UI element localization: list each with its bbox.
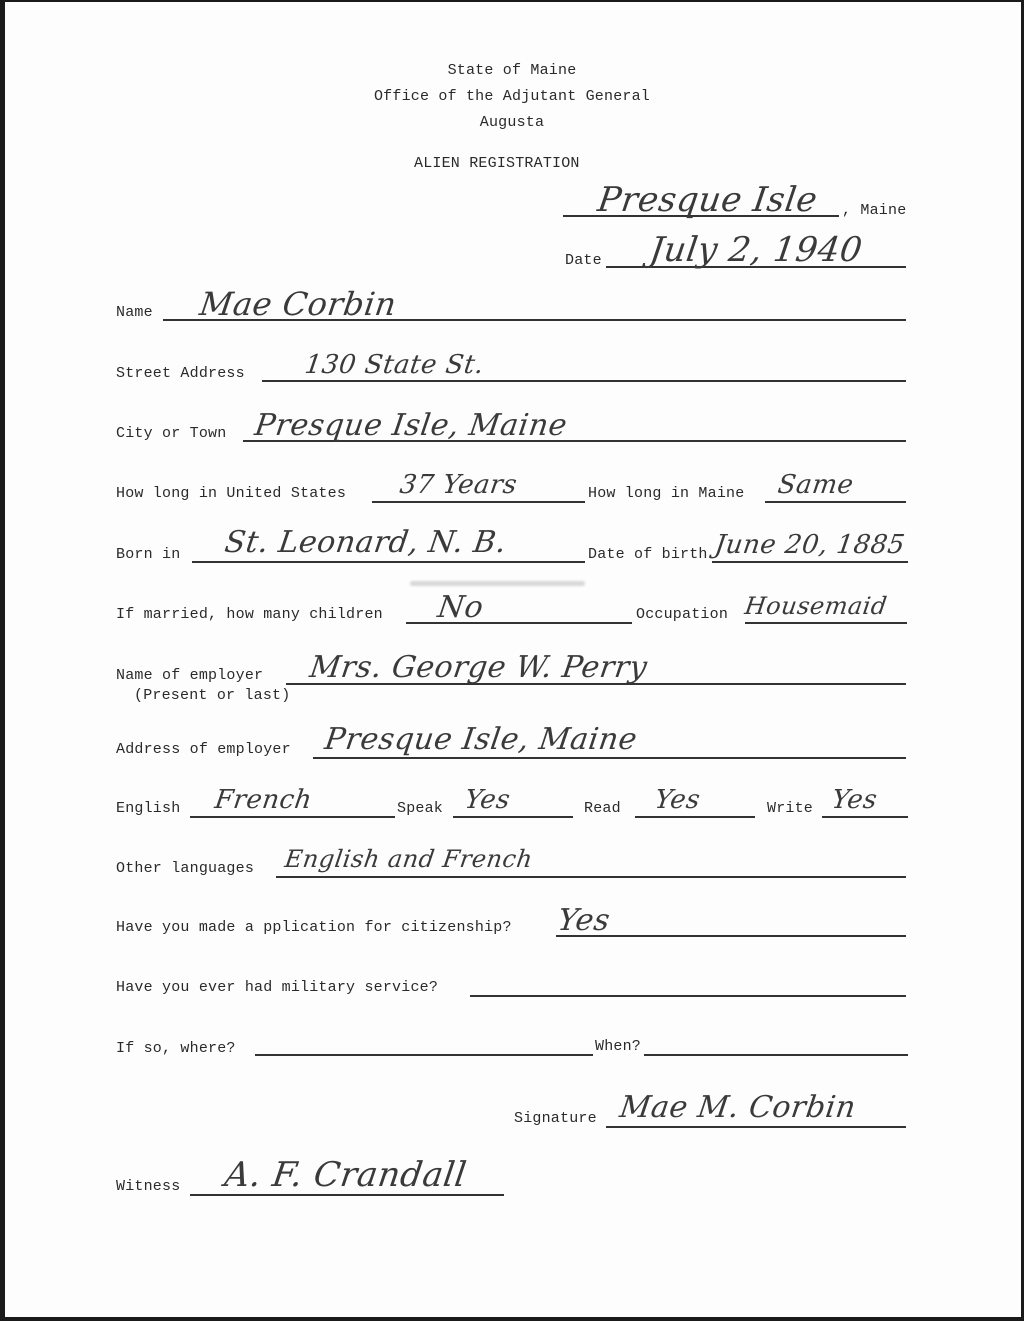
- smudge-mark: [410, 581, 585, 586]
- place-value[interactable]: Presque Isle: [595, 180, 820, 220]
- city-label: City or Town: [116, 425, 226, 442]
- children-label: If married, how many children: [116, 606, 383, 623]
- other-languages-line: [276, 876, 906, 878]
- occupation-value[interactable]: Housemaid: [743, 592, 889, 620]
- military-label: Have you ever had military service?: [116, 979, 438, 996]
- witness-label: Witness: [116, 1178, 180, 1195]
- children-value[interactable]: No: [436, 590, 486, 625]
- other-languages-value[interactable]: English and French: [283, 845, 534, 873]
- read-label: Read: [584, 800, 621, 817]
- header-city: Augusta: [0, 114, 1024, 131]
- date-value[interactable]: July 2, 1940: [647, 230, 865, 270]
- write-label: Write: [767, 800, 813, 817]
- english-line: [190, 816, 395, 818]
- place-suffix: , Maine: [842, 202, 906, 219]
- header-office: Office of the Adjutant General: [0, 88, 1024, 105]
- born-in-line: [192, 561, 585, 563]
- born-in-value[interactable]: St. Leonard, N. B.: [223, 525, 509, 560]
- english-value[interactable]: French: [213, 785, 314, 815]
- when-line: [644, 1054, 908, 1056]
- born-in-label: Born in: [116, 546, 180, 563]
- write-line: [822, 816, 908, 818]
- employer-name-value[interactable]: Mrs. George W. Perry: [308, 650, 650, 685]
- name-value[interactable]: Mae Corbin: [197, 285, 399, 323]
- dob-value[interactable]: June 20, 1885: [713, 530, 907, 560]
- employer-address-value[interactable]: Presque Isle, Maine: [323, 722, 640, 757]
- citizenship-value[interactable]: Yes: [556, 903, 613, 938]
- street-address-value[interactable]: 130 State St.: [303, 350, 486, 380]
- how-long-us-line: [372, 501, 585, 503]
- when-label: When?: [595, 1038, 641, 1055]
- how-long-us-label: How long in United States: [116, 485, 346, 502]
- occupation-line: [745, 622, 907, 624]
- speak-value[interactable]: Yes: [463, 785, 512, 815]
- read-line: [635, 816, 755, 818]
- employer-name-label: Name of employer: [116, 667, 263, 684]
- how-long-maine-label: How long in Maine: [588, 485, 744, 502]
- read-value[interactable]: Yes: [653, 785, 702, 815]
- signature-line: [606, 1126, 906, 1128]
- speak-line: [453, 816, 573, 818]
- date-label: Date: [565, 252, 602, 269]
- occupation-label: Occupation: [636, 606, 728, 623]
- other-languages-label: Other languages: [116, 860, 254, 877]
- military-line: [470, 995, 906, 997]
- name-label: Name: [116, 304, 153, 321]
- witness-value[interactable]: A. F. Crandall: [222, 1155, 469, 1195]
- how-long-maine-line: [765, 501, 906, 503]
- form-title: ALIEN REGISTRATION: [414, 155, 580, 172]
- signature-label: Signature: [514, 1110, 597, 1127]
- where-label: If so, where?: [116, 1040, 236, 1057]
- dob-line: [712, 561, 908, 563]
- employer-address-line: [313, 757, 906, 759]
- where-line: [255, 1054, 593, 1056]
- dob-label: Date of birth: [588, 546, 708, 563]
- write-value[interactable]: Yes: [830, 785, 879, 815]
- header-state: State of Maine: [0, 62, 1024, 79]
- city-value[interactable]: Presque Isle, Maine: [253, 408, 570, 443]
- street-address-line: [262, 380, 906, 382]
- employer-name-sublabel: (Present or last): [134, 687, 290, 704]
- signature-value[interactable]: Mae M. Corbin: [618, 1090, 859, 1125]
- employer-address-label: Address of employer: [116, 741, 291, 758]
- citizenship-line: [556, 935, 906, 937]
- how-long-maine-value[interactable]: Same: [776, 470, 856, 500]
- speak-label: Speak: [397, 800, 443, 817]
- street-address-label: Street Address: [116, 365, 245, 382]
- english-label: English: [116, 800, 180, 817]
- how-long-us-value[interactable]: 37 Years: [398, 470, 519, 500]
- citizenship-label: Have you made a pplication for citizensh…: [116, 919, 512, 936]
